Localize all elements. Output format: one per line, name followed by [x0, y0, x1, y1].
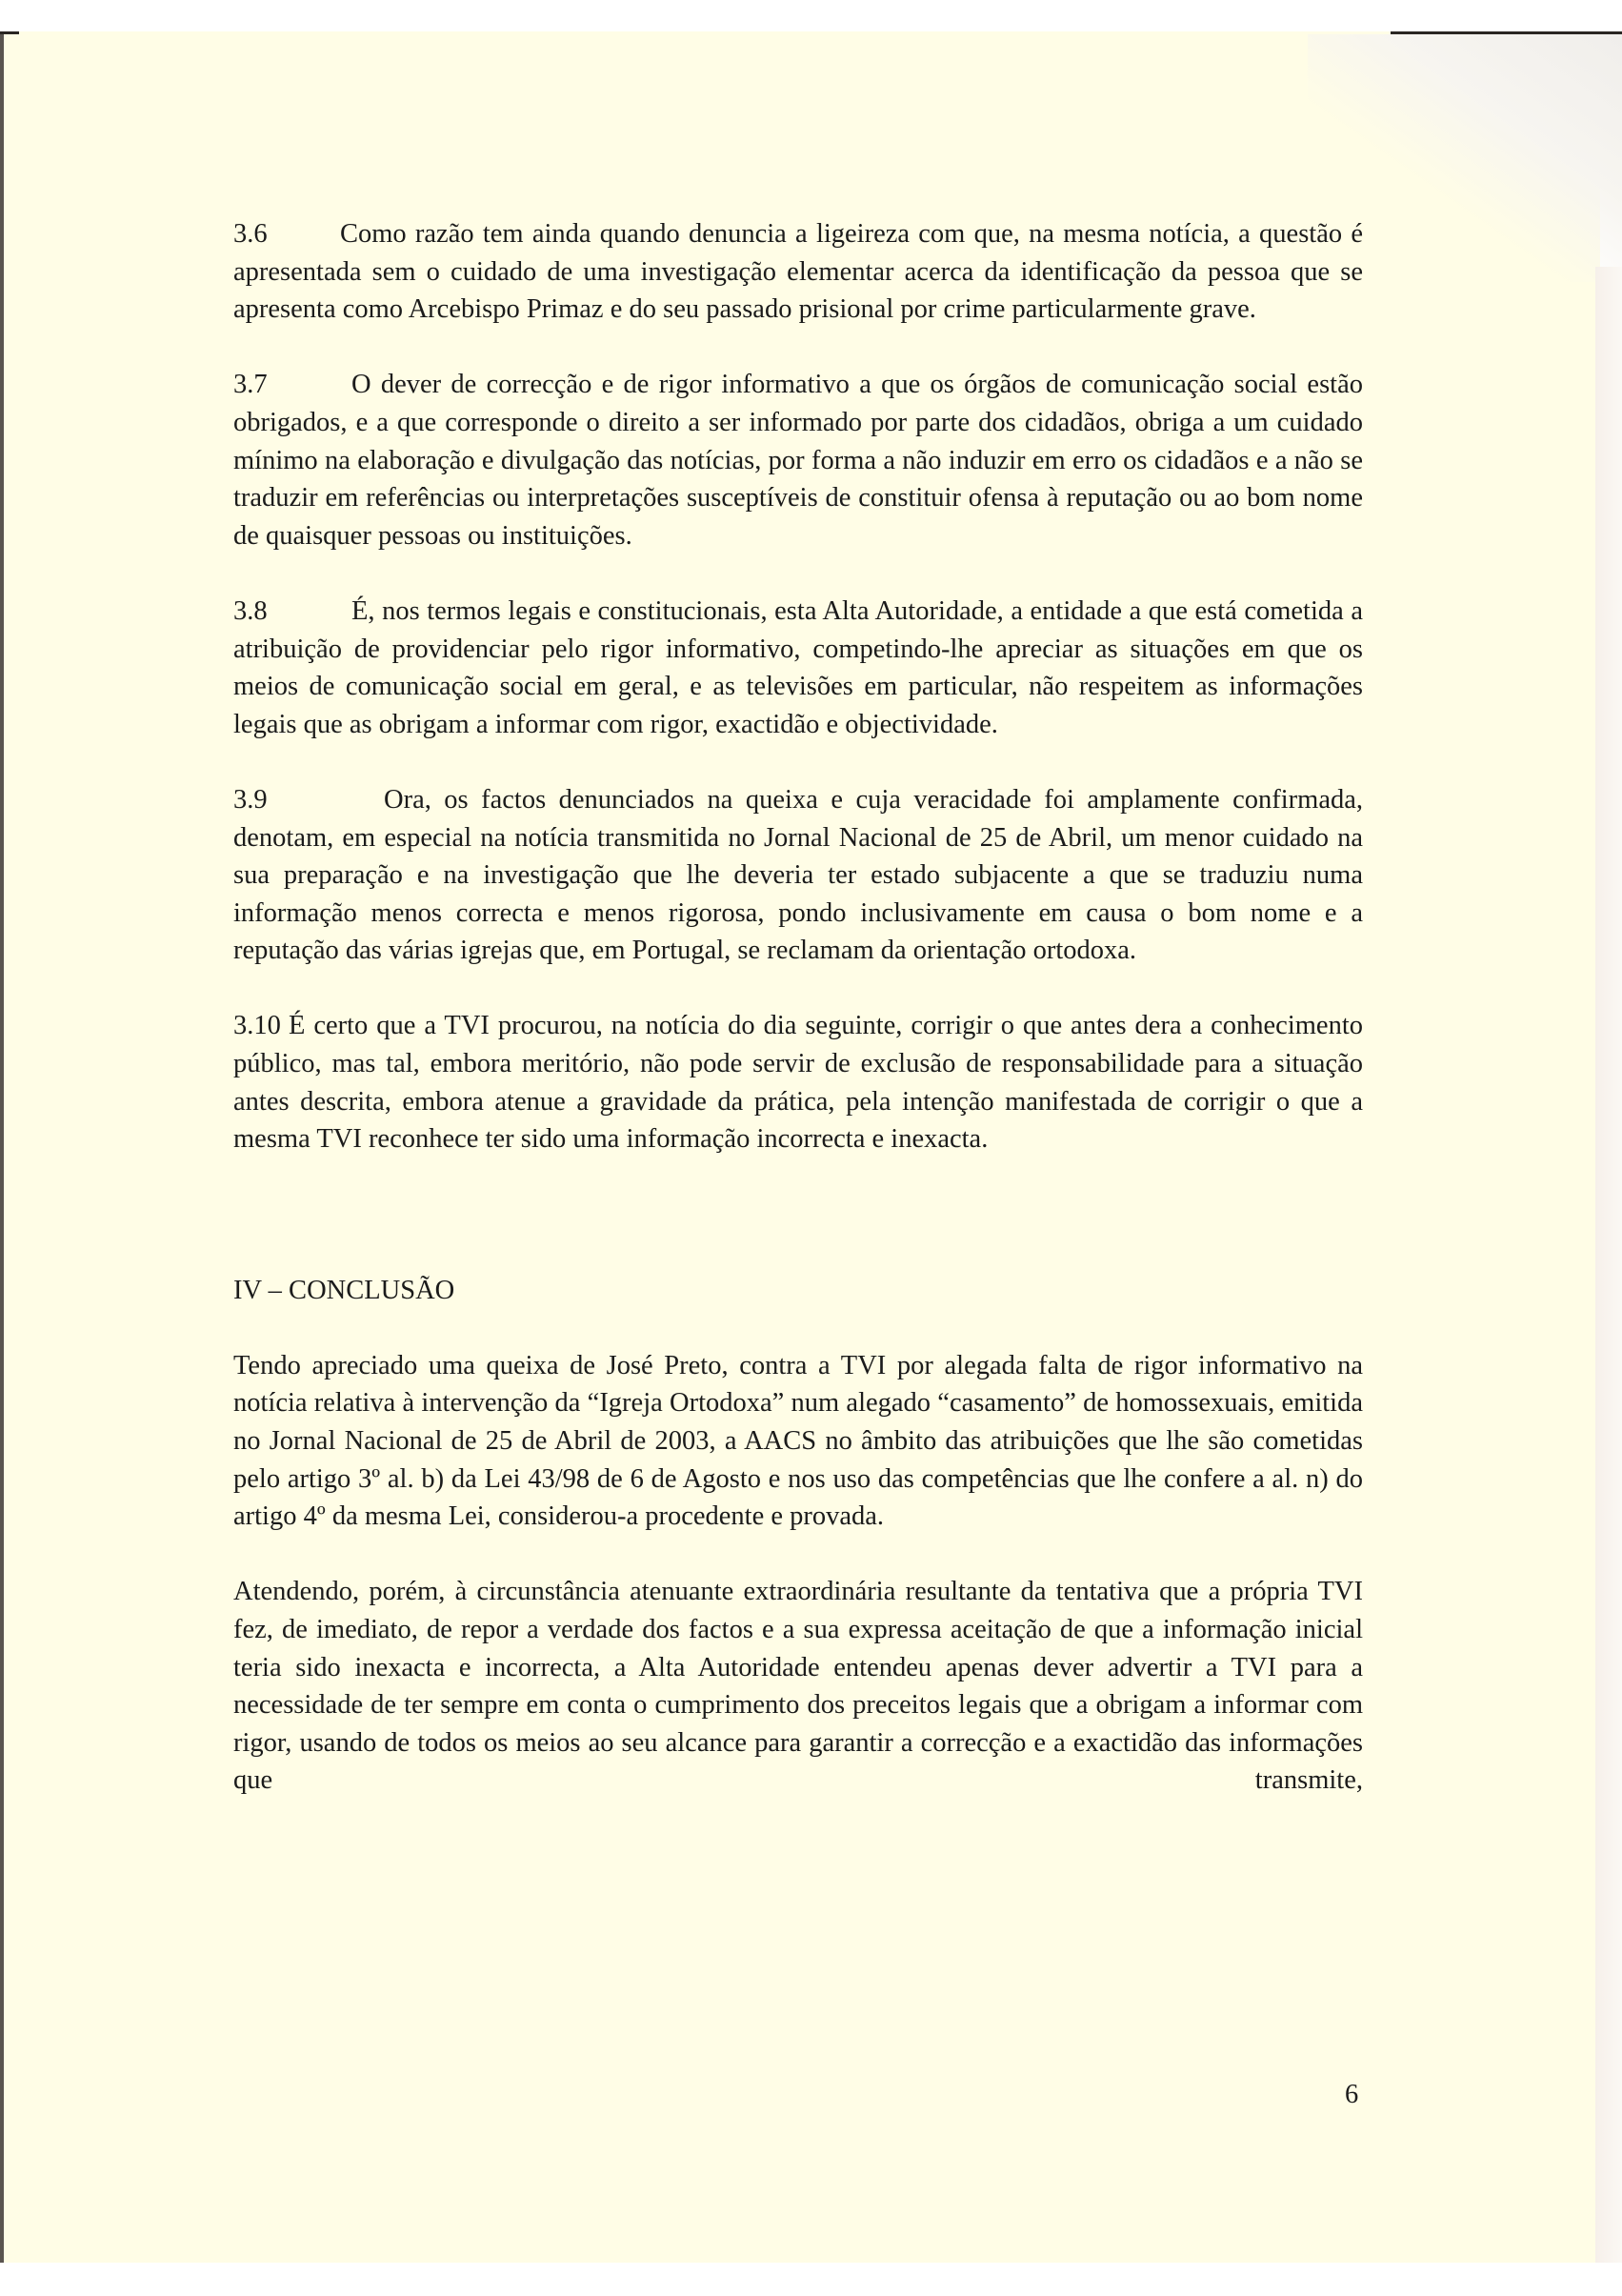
- page-number: 6: [1345, 2080, 1358, 2110]
- paragraph-number: 3.8: [233, 593, 351, 631]
- paragraph-number: 3.7: [233, 366, 351, 404]
- conclusion-paragraph-2: Atendendo, porém, à circunstância atenua…: [233, 1573, 1363, 1800]
- paragraph-number: 3.9: [233, 781, 384, 819]
- paragraph-3-7: 3.7O dever de correcção e de rigor infor…: [233, 366, 1363, 554]
- paragraph-text: É, nos termos legais e constitucionais, …: [233, 596, 1363, 739]
- scan-right-margin-strip: [1595, 267, 1622, 2263]
- scan-edge-shadow-left: [0, 31, 19, 34]
- section-spacer: [233, 1158, 1363, 1272]
- paragraph-text: Ora, os factos denunciados na queixa e c…: [233, 785, 1363, 965]
- paragraph-3-9: 3.9Ora, os factos denunciados na queixa …: [233, 781, 1363, 970]
- conclusion-paragraph-1: Tendo apreciado uma queixa de José Preto…: [233, 1347, 1363, 1536]
- paragraph-number: 3.10: [233, 1007, 289, 1045]
- section-heading-conclusion: IV – CONCLUSÃO: [233, 1272, 1363, 1310]
- paragraph-number: 3.6: [233, 215, 340, 253]
- paragraph-3-6: 3.6Como razão tem ainda quando denuncia …: [233, 215, 1363, 329]
- paragraph-3-10: 3.10É certo que a TVI procurou, na notíc…: [233, 1007, 1363, 1158]
- document-body: 3.6Como razão tem ainda quando denuncia …: [233, 215, 1363, 1838]
- paragraph-text: É certo que a TVI procurou, na notícia d…: [233, 1011, 1363, 1154]
- paragraph-text: Como razão tem ainda quando denuncia a l…: [233, 219, 1363, 324]
- paragraph-3-8: 3.8É, nos termos legais e constitucionai…: [233, 593, 1363, 743]
- paragraph-text: O dever de correcção e de rigor informat…: [233, 370, 1363, 550]
